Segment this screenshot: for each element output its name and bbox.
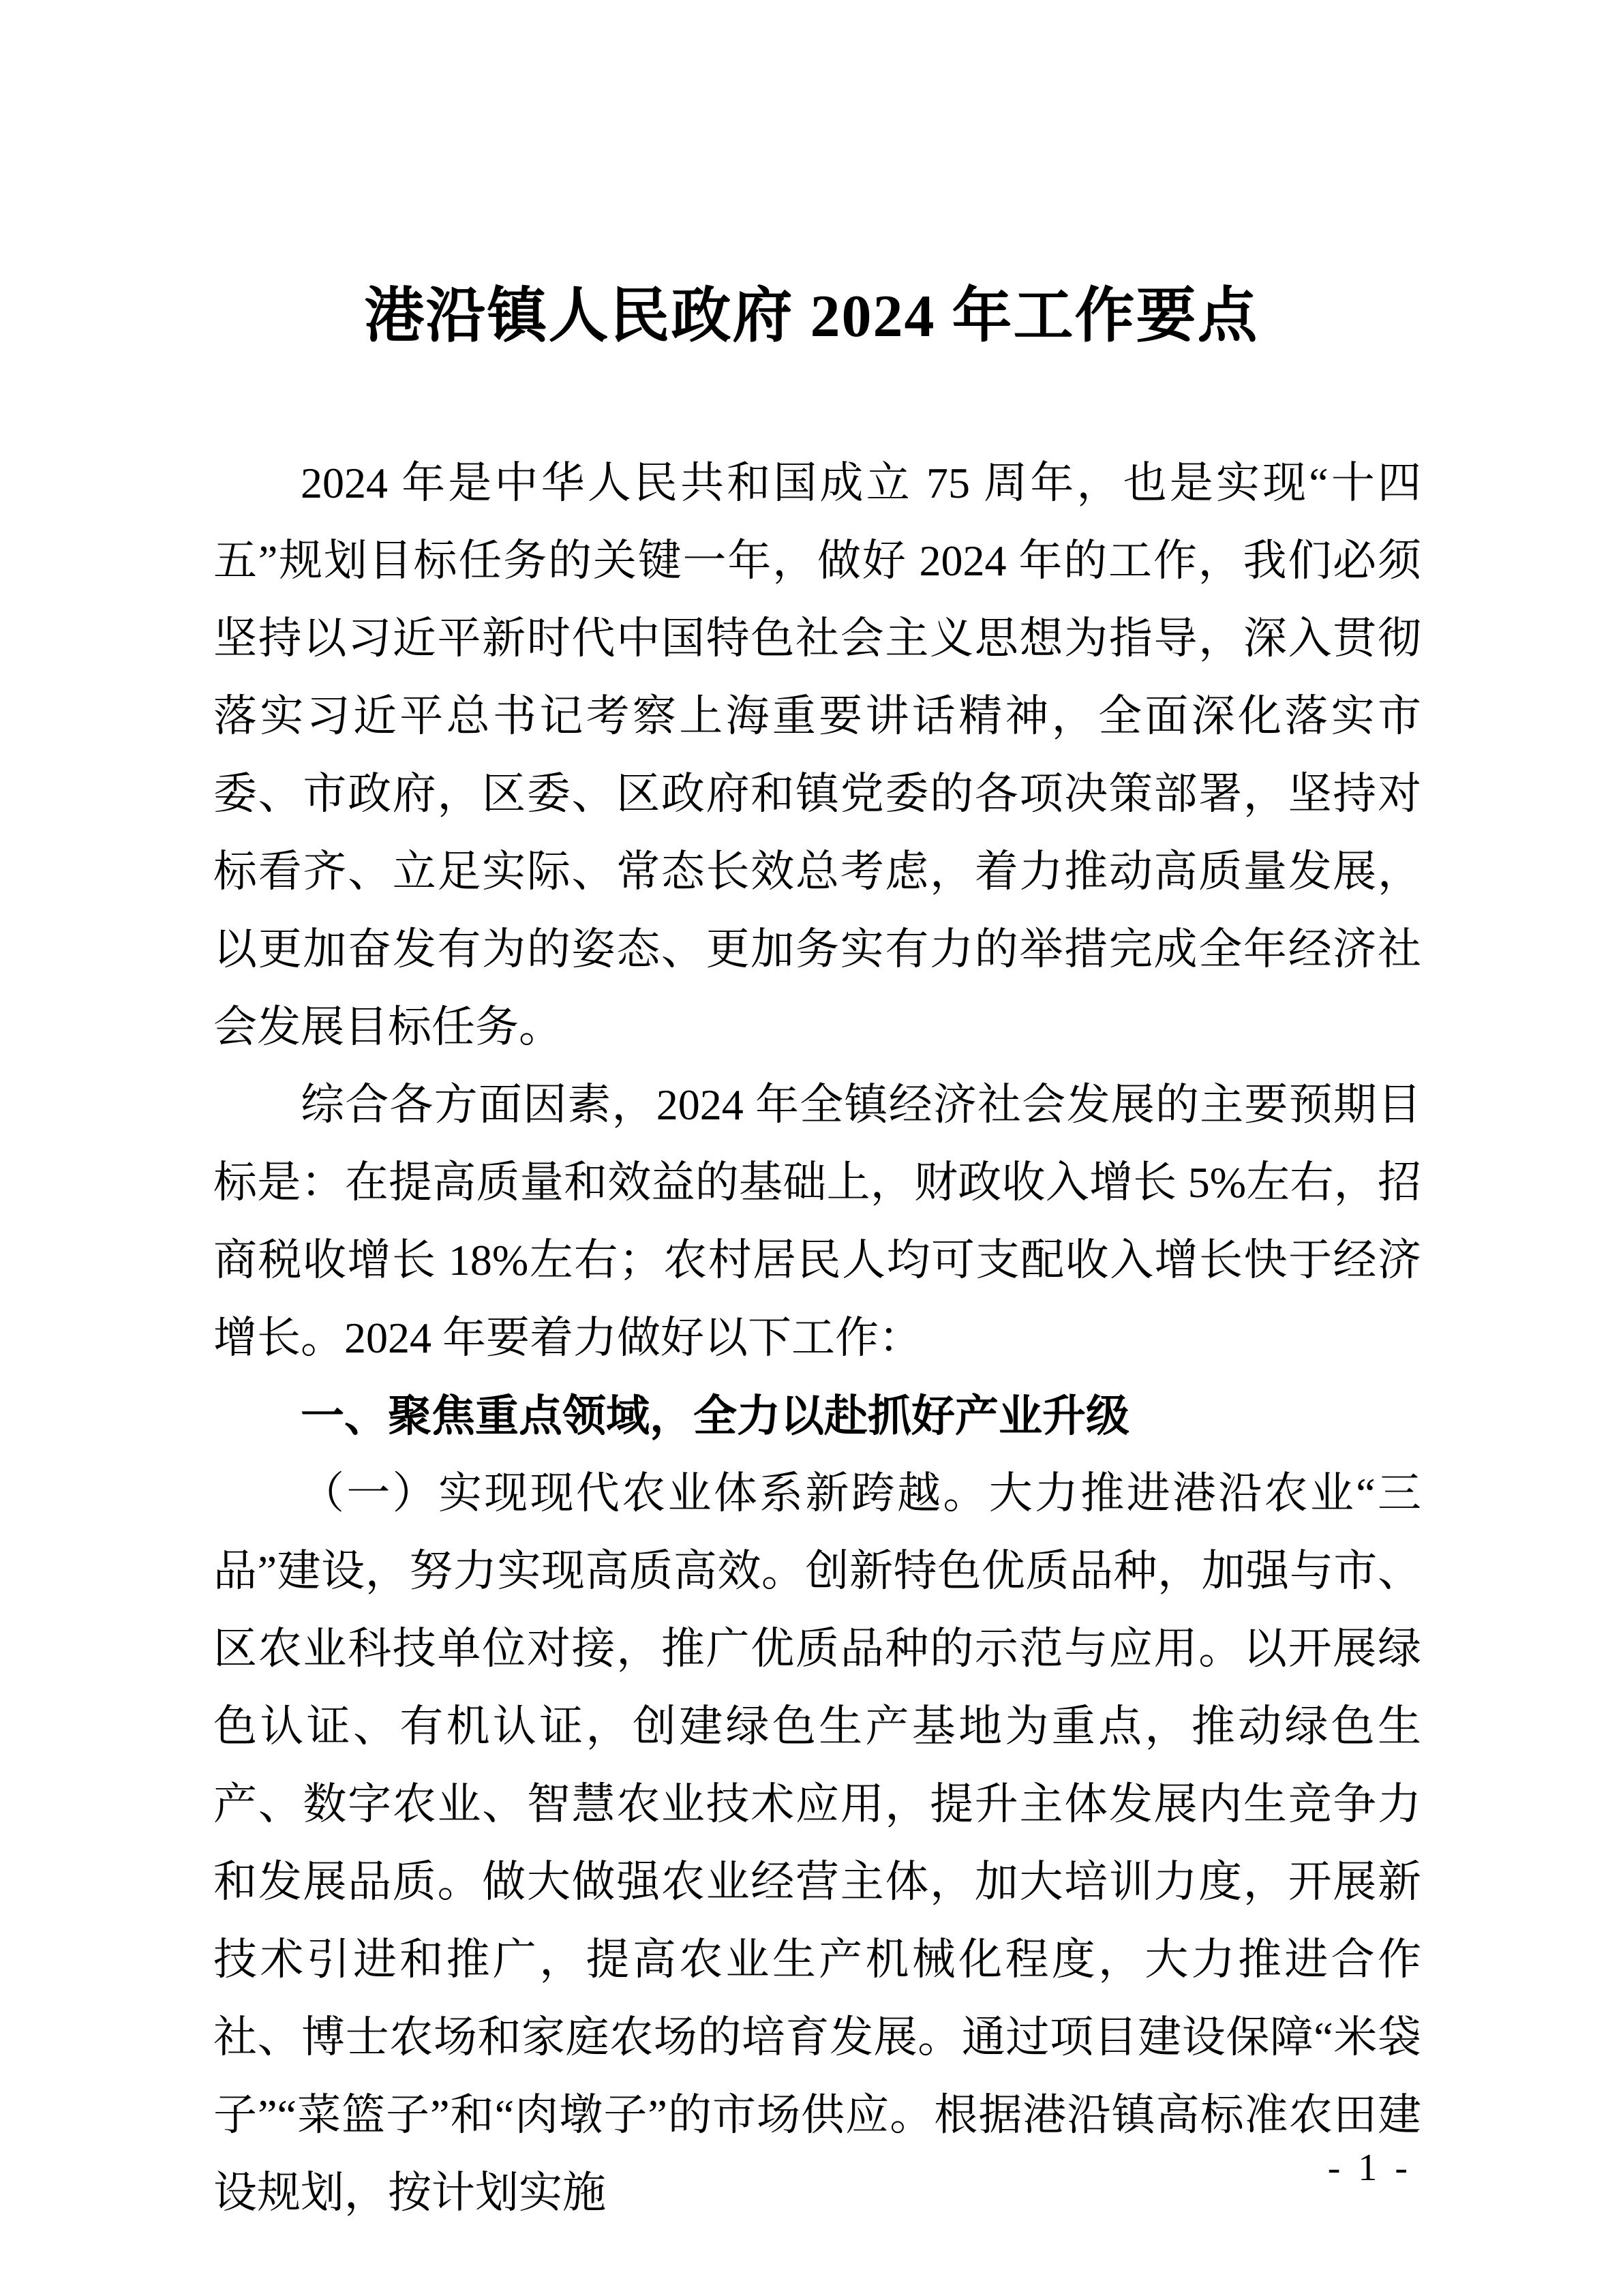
section-heading-1: 一、聚焦重点领域，全力以赴抓好产业升级 [213, 1377, 1421, 1455]
document-title: 港沿镇人民政府 2024 年工作要点 [0, 280, 1623, 354]
paragraph-intro: 2024 年是中华人民共和国成立 75 周年，也是实现“十四五”规划目标任务的关… [213, 444, 1421, 1066]
page-number: - 1 - [1328, 2146, 1412, 2190]
document-body: 2024 年是中华人民共和国成立 75 周年，也是实现“十四五”规划目标任务的关… [213, 444, 1421, 2232]
paragraph-goals: 综合各方面因素，2024 年全镇经济社会发展的主要预期目标是：在提高质量和效益的… [213, 1066, 1421, 1377]
document-page: 港沿镇人民政府 2024 年工作要点 2024 年是中华人民共和国成立 75 周… [0, 0, 1623, 2296]
paragraph-section-1-item-1: （一）实现现代农业体系新跨越。大力推进港沿农业“三品”建设，努力实现高质高效。创… [213, 1455, 1421, 2232]
